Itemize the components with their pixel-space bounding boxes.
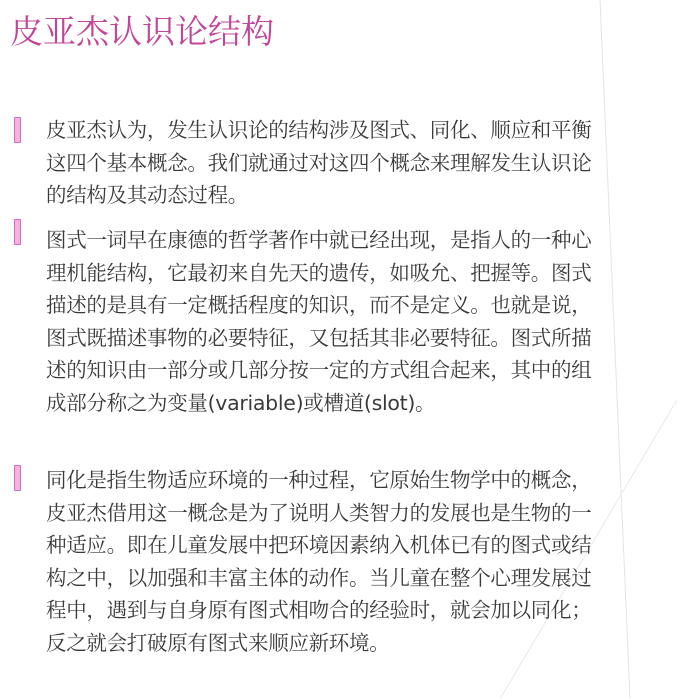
paragraph-schema-overview: 皮亚杰认为，发生认识论的结构涉及图式、同化、顺应和平衡这四个基本概念。我们就通过… xyxy=(46,114,606,212)
bullet-bar-icon xyxy=(14,219,21,245)
paragraph-assimilation: 同化是指生物适应环境的一种过程，它原始生物学中的概念，皮亚杰借用这一概念是为了说… xyxy=(46,464,606,659)
slide-title: 皮亚杰认识论结构 xyxy=(10,12,274,52)
paragraph-schema: 图式一词早在康德的哲学著作中就已经出现，是指人的一种心理机能结构，它最初来自先天… xyxy=(46,224,606,419)
bullet-bar-icon xyxy=(14,117,21,143)
bullet-bar-icon xyxy=(14,465,21,491)
